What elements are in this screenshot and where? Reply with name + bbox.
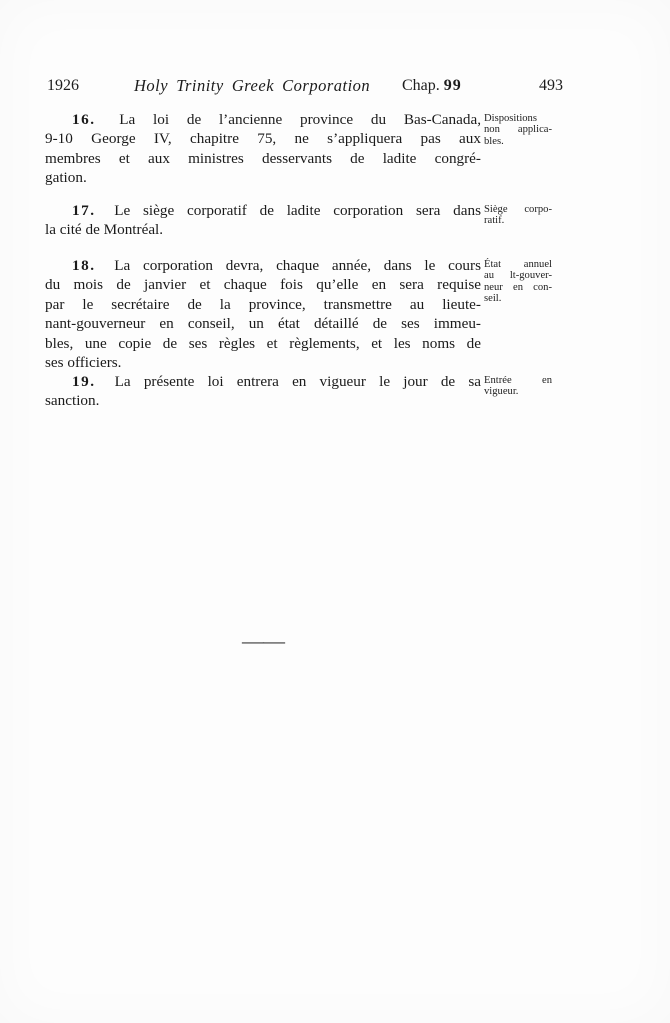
body-line-text: Le siège corporatif de ladite corporatio… <box>114 202 481 219</box>
note-line: Entrée en <box>484 375 552 386</box>
note-line: ratif. <box>484 215 552 226</box>
document-page: 1926 Holy Trinity Greek Corporation Chap… <box>0 0 670 1023</box>
body-line: gation. <box>45 168 481 187</box>
body-line: sanction. <box>45 391 481 410</box>
body-line: 17. Le siège corporatif de ladite corpor… <box>45 201 481 220</box>
section-number: 16. <box>72 111 95 128</box>
body-line: 16. La loi de l’ancienne province du Bas… <box>45 110 481 129</box>
body-line: 19. La présente loi entrera en vigueur l… <box>45 372 481 391</box>
margin-note: Dispositions non applica- bles. <box>484 113 552 147</box>
paragraph: 17. Le siège corporatif de ladite corpor… <box>45 201 481 240</box>
note-line: non applica- <box>484 124 552 135</box>
note-line: au lt-gouver- <box>484 270 552 281</box>
body-line: 18. La corporation devra, chaque année, … <box>45 256 481 275</box>
body-line: bles, une copie de ses règles et règleme… <box>45 334 481 353</box>
note-line: Siège corpo- <box>484 204 552 215</box>
body-line: par le secrétaire de la province, transm… <box>45 295 481 314</box>
note-line: bles. <box>484 136 552 147</box>
paragraph: 16. La loi de l’ancienne province du Bas… <box>45 110 481 188</box>
body-line: membres et aux ministres desservants de … <box>45 149 481 168</box>
section-number: 18. <box>72 257 95 274</box>
header-page-number: 493 <box>539 77 563 95</box>
end-divider: —— <box>242 630 284 652</box>
note-line: Dispositions <box>484 113 552 124</box>
note-line: État annuel <box>484 259 552 270</box>
margin-note: Siège corpo- ratif. <box>484 204 552 227</box>
header-chapter: Chap.99 <box>402 77 462 95</box>
body-line: du mois de janvier et chaque fois qu’ell… <box>45 275 481 294</box>
body-line: nant-gouverneur en conseil, un état déta… <box>45 314 481 333</box>
margin-note: Entrée en vigueur. <box>484 375 552 398</box>
note-line: neur en con- <box>484 282 552 293</box>
note-line: vigueur. <box>484 386 552 397</box>
body-line-text: La présente loi entrera en vigueur le jo… <box>115 373 481 390</box>
note-line: seil. <box>484 293 552 304</box>
body-line: ses officiers. <box>45 353 481 372</box>
page-header: 1926 Holy Trinity Greek Corporation Chap… <box>0 76 670 98</box>
header-chapter-label: Chap. <box>402 77 440 94</box>
paragraph: 18. La corporation devra, chaque année, … <box>45 256 481 372</box>
margin-note: État annuel au lt-gouver- neur en con- s… <box>484 259 552 305</box>
body-line-text: La loi de l’ancienne province du Bas-Can… <box>119 111 481 128</box>
header-title: Holy Trinity Greek Corporation <box>134 76 370 96</box>
header-chapter-number: 99 <box>444 77 462 94</box>
body-line: 9-10 George IV, chapitre 75, ne s’appliq… <box>45 129 481 148</box>
section-number: 19. <box>72 373 95 390</box>
paragraph: 19. La présente loi entrera en vigueur l… <box>45 372 481 411</box>
header-year: 1926 <box>47 77 79 95</box>
body-line-text: La corporation devra, chaque année, dans… <box>114 257 481 274</box>
body-line: la cité de Montréal. <box>45 220 481 239</box>
section-number: 17. <box>72 202 95 219</box>
